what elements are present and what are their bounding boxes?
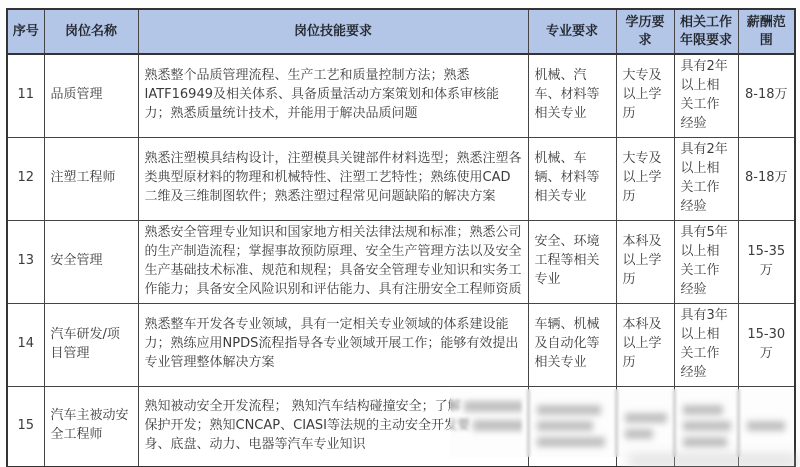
cell-skills: 熟悉整车开发各专业领域，具有一定相关专业领域的体系建设能力；熟练应用NPDS流程… xyxy=(138,303,528,386)
cell-experience: 具有5年以上相关工作经验 xyxy=(674,220,738,303)
cell-index: 14 xyxy=(7,303,44,386)
cell-salary: 15-35万 xyxy=(738,220,795,303)
cell-education: 本科及以上学历 xyxy=(616,303,674,386)
cell-skills-partially-blurred: 熟知被动安全开发流程； 熟知汽车结构碰撞安全；了解 保护开发；熟知CNCAP、C… xyxy=(138,386,528,467)
blurred-text-segment xyxy=(683,437,727,447)
col-header-salary-range: 薪酬范围 xyxy=(738,9,795,54)
blurred-text-segment xyxy=(537,437,605,447)
cell-major-blurred xyxy=(528,386,616,467)
skill-text-visible: 身、底盘、动力、电器等汽车专业知识 xyxy=(145,437,366,452)
blurred-text-segment xyxy=(683,405,723,415)
cell-index: 11 xyxy=(7,54,44,137)
blurred-text-segment xyxy=(537,421,593,431)
header-row: 序号 岗位名称 岗位技能要求 专业要求 学历要求 相关工作年限要求 薪酬范围 xyxy=(7,9,795,54)
cell-index: 15 xyxy=(7,386,44,467)
job-positions-table: 序号 岗位名称 岗位技能要求 专业要求 学历要求 相关工作年限要求 薪酬范围 1… xyxy=(6,8,796,467)
cell-major: 车辆、机械及自动化等相关专业 xyxy=(528,303,616,386)
table-row-14: 14 汽车研发/项目管理 熟悉整车开发各专业领域，具有一定相关专业领域的体系建设… xyxy=(7,303,795,386)
table-row-13: 13 安全管理 熟悉安全管理专业知识和国家地方相关法律法规和标准；熟悉公司的生产… xyxy=(7,220,795,303)
skill-text-line: 保护开发；熟知CNCAP、CIASI等法规的主动安全开发要 xyxy=(145,417,522,436)
cell-experience: 具有2年以上相关工作经验 xyxy=(674,54,738,137)
skill-text-visible: 保护开发；熟知CNCAP、CIASI等法规的主动安全开发要 xyxy=(145,418,471,433)
job-postings-screenshot: 序号 岗位名称 岗位技能要求 专业要求 学历要求 相关工作年限要求 薪酬范围 1… xyxy=(0,0,800,467)
cell-index: 13 xyxy=(7,220,44,303)
cell-position-name: 品质管理 xyxy=(44,54,138,137)
cell-skills: 熟悉安全管理专业知识和国家地方相关法律法规和标准；熟悉公司的生产制造流程；掌握事… xyxy=(138,220,528,303)
blurred-text-segment xyxy=(747,421,785,431)
cell-major: 机械、车辆、材料等相关专业 xyxy=(528,137,616,220)
cell-education: 大专及以上学历 xyxy=(616,54,674,137)
cell-experience: 具有2年以上相关工作经验 xyxy=(674,137,738,220)
skill-text-visible: 熟知被动安全开发流程； 熟知汽车结构碰撞安全；了解 xyxy=(145,399,461,414)
skill-text-line: 身、底盘、动力、电器等汽车专业知识 xyxy=(145,436,522,455)
cell-position-name: 汽车研发/项目管理 xyxy=(44,303,138,386)
cell-salary: 8-18万 xyxy=(738,137,795,220)
cell-salary: 8-18万 xyxy=(738,54,795,137)
blurred-text-segment xyxy=(537,405,601,415)
col-header-skill-requirements: 岗位技能要求 xyxy=(138,9,528,54)
cell-skills: 熟悉注塑模具结构设计，注塑模具关键部件材料选型；熟悉注塑各类典型原材料的物理和机… xyxy=(138,137,528,220)
table-row-11: 11 品质管理 熟悉整个品质管理流程、生产工艺和质量控制方法；熟悉IATF169… xyxy=(7,54,795,137)
cell-position-name: 汽车主被动安全工程师 xyxy=(44,386,138,467)
cell-position-name: 注塑工程师 xyxy=(44,137,138,220)
col-header-major-requirements: 专业要求 xyxy=(528,9,616,54)
col-header-education-requirements: 学历要求 xyxy=(616,9,674,54)
col-header-position-name: 岗位名称 xyxy=(44,9,138,54)
cell-major: 安全、环境工程等相关专业 xyxy=(528,220,616,303)
blurred-text-segment xyxy=(625,413,667,423)
skill-text-line: 熟知被动安全开发流程； 熟知汽车结构碰撞安全；了解 xyxy=(145,398,522,417)
cell-index: 12 xyxy=(7,137,44,220)
cell-experience: 具有3年以上相关工作经验 xyxy=(674,303,738,386)
cell-position-name: 安全管理 xyxy=(44,220,138,303)
cell-education: 大专及以上学历 xyxy=(616,137,674,220)
cell-salary: 15-30万 xyxy=(738,303,795,386)
col-header-index: 序号 xyxy=(7,9,44,54)
blur-smudge xyxy=(628,455,798,467)
cell-skills: 熟悉整个品质管理流程、生产工艺和质量控制方法；熟悉IATF16949及相关体系、… xyxy=(138,54,528,137)
blurred-text-segment xyxy=(683,421,731,431)
table-row-12: 12 注塑工程师 熟悉注塑模具结构设计，注塑模具关键部件材料选型；熟悉注塑各类典… xyxy=(7,137,795,220)
cell-major: 机械、汽车、材料等相关专业 xyxy=(528,54,616,137)
blurred-text-segment xyxy=(473,420,521,431)
blurred-text-segment xyxy=(625,429,653,439)
blurred-text-segment xyxy=(464,401,522,412)
col-header-experience-requirements: 相关工作年限要求 xyxy=(674,9,738,54)
cell-education: 本科及以上学历 xyxy=(616,220,674,303)
